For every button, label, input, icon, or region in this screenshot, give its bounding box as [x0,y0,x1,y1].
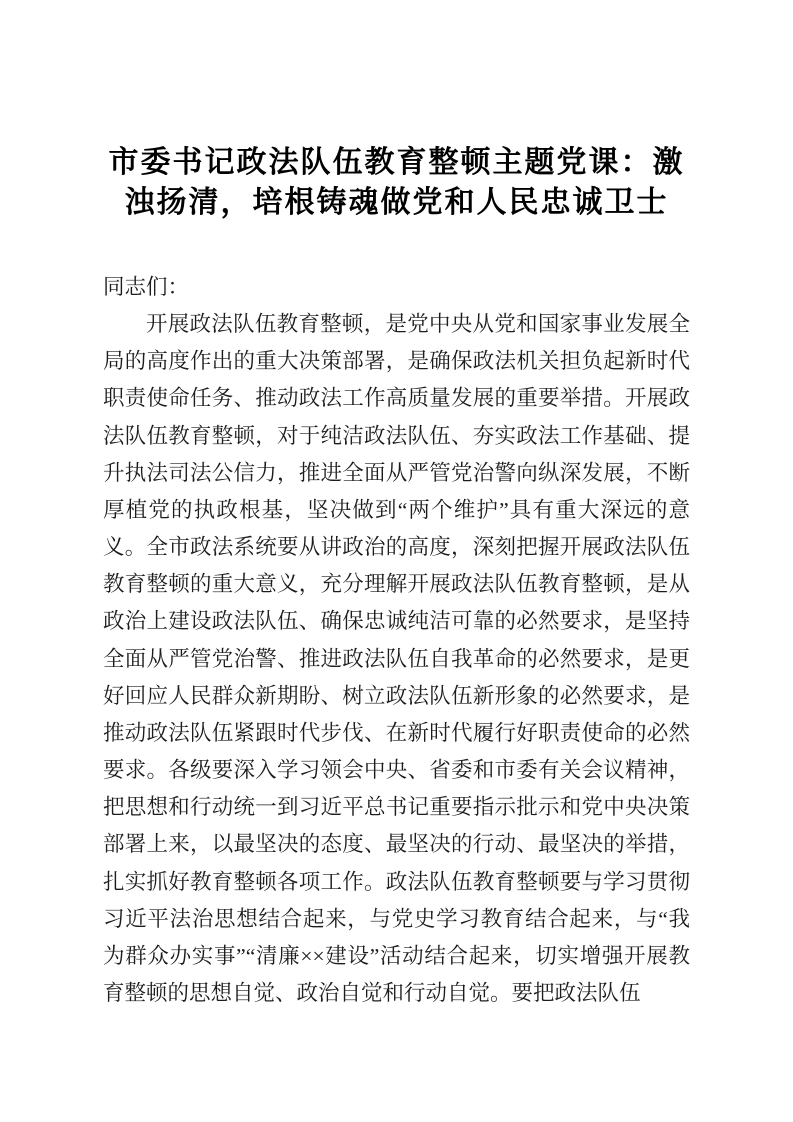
document-title: 市委书记政法队伍教育整顿主题党课：激 浊扬清，培根铸魂做党和人民忠诚卫士 [70,143,723,223]
document-body: 同志们： 开展政法队伍教育整顿，是党中央从党和国家事业发展全局的高度作出的重大决… [103,269,690,1012]
document-title-line-2: 浊扬清，培根铸魂做党和人民忠诚卫士 [70,183,723,223]
body-paragraph: 开展政法队伍教育整顿，是党中央从党和国家事业发展全局的高度作出的重大决策部署，是… [103,306,690,1012]
salutation: 同志们： [103,269,690,306]
document-page: 市委书记政法队伍教育整顿主题党课：激 浊扬清，培根铸魂做党和人民忠诚卫士 同志们… [0,0,793,1122]
document-title-line-1: 市委书记政法队伍教育整顿主题党课：激 [70,143,723,183]
